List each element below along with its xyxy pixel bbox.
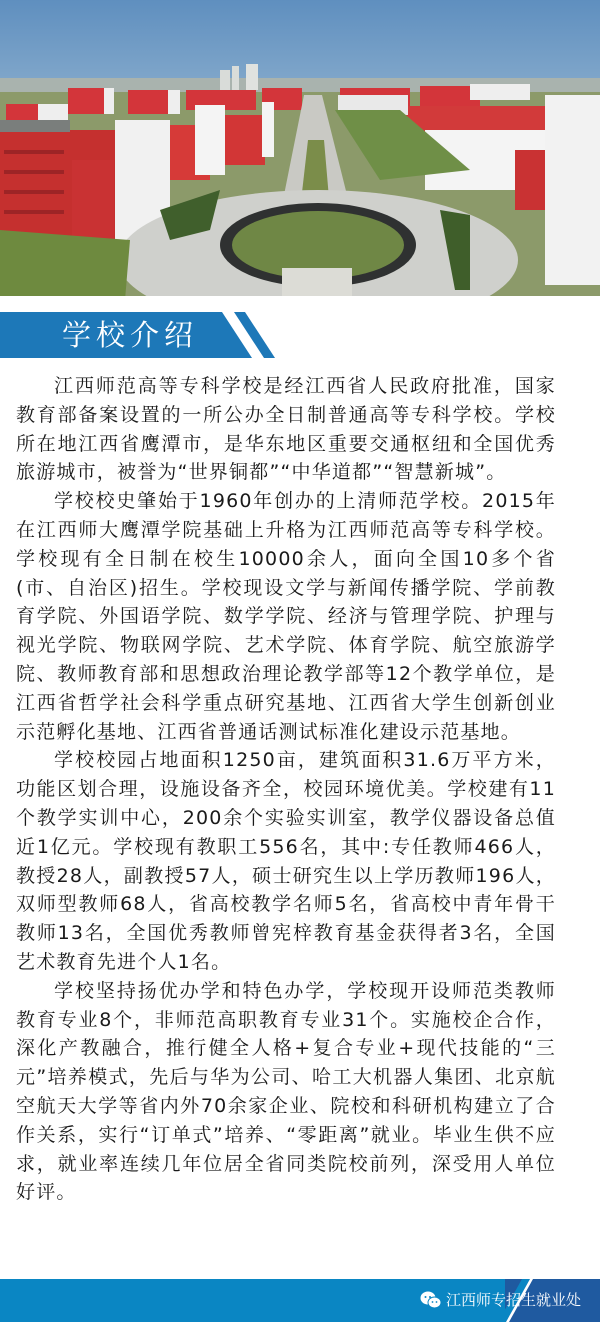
campus-aerial-photo: [0, 0, 600, 300]
wechat-icon: [420, 1290, 442, 1310]
facilities-paragraph: 学校校园占地面积1250亩，建筑面积31.6万平方米，功能区划合理，设施设备齐全…: [16, 746, 556, 976]
footer-account-name: 江西师专招生就业处: [446, 1289, 581, 1311]
intro-paragraph: 江西师范高等专科学校是经江西省人民政府批准，国家教育部备案设置的一所公办全日制普…: [16, 372, 556, 487]
history-paragraph: 学校校史肇始于1960年创办的上清师范学校。2015年在江西师大鹰潭学院基础上升…: [16, 487, 556, 746]
section-title: 学校介绍: [62, 313, 198, 357]
programs-paragraph: 学校坚持扬优办学和特色办学，学校现开设师范类教师教育专业8个，非师范高职教育专业…: [16, 977, 556, 1207]
intro-content: 江西师范高等专科学校是经江西省人民政府批准，国家教育部备案设置的一所公办全日制普…: [16, 372, 556, 1207]
